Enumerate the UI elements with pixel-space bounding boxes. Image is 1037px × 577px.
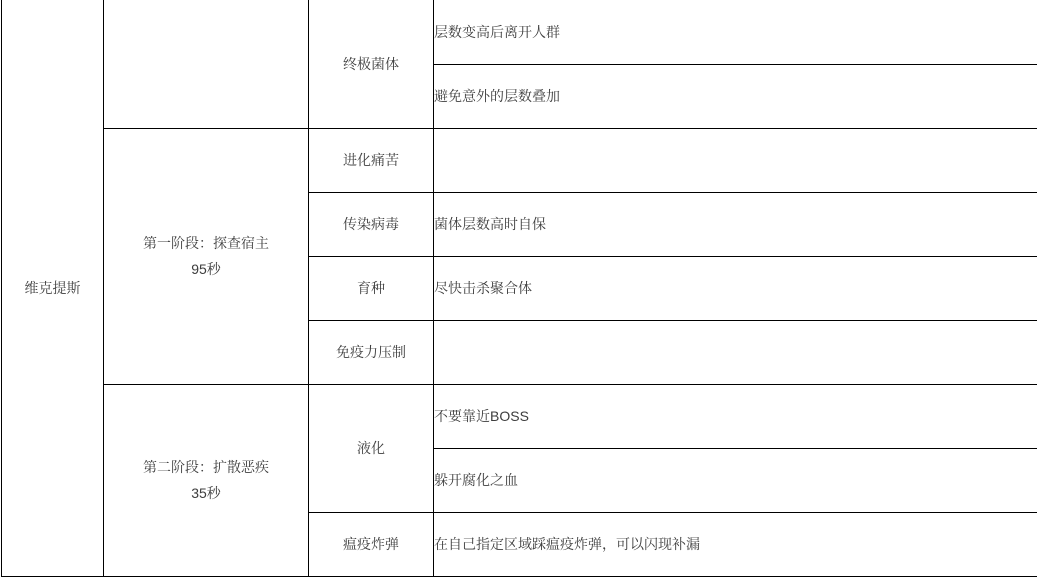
- note-cell: 避免意外的层数叠加: [434, 64, 1037, 128]
- ability-cell-evolving-affliction: 进化痛苦: [309, 128, 434, 192]
- phase1-title: 第一阶段：探查宿主: [104, 230, 308, 256]
- phase-cell-phase1: 第一阶段：探查宿主 95秒: [104, 128, 309, 384]
- note-cell: 尽快击杀聚合体: [434, 256, 1037, 320]
- note-cell: 菌体层数高时自保: [434, 192, 1037, 256]
- phase1-duration: 95秒: [104, 256, 308, 282]
- note-cell: [434, 128, 1037, 192]
- note-cell: 层数变高后离开人群: [434, 0, 1037, 64]
- ability-cell-plague-bomb: 瘟疫炸弹: [309, 512, 434, 576]
- boss-name-cell: 维克提斯: [2, 0, 104, 576]
- phase2-duration: 35秒: [104, 480, 308, 506]
- ability-cell-ultimate-fungus: 终极菌体: [309, 0, 434, 128]
- note-cell: 躲开腐化之血: [434, 448, 1037, 512]
- boss-guide-table: 维克提斯 终极菌体 层数变高后离开人群 避免意外的层数叠加 第一阶段：探查宿主 …: [1, 0, 1037, 577]
- ability-cell-liquefy: 液化: [309, 384, 434, 512]
- phase-cell-cutoff: [104, 0, 309, 128]
- ability-cell-breeding: 育种: [309, 256, 434, 320]
- note-cell: [434, 320, 1037, 384]
- boss-guide-sheet: 维克提斯 终极菌体 层数变高后离开人群 避免意外的层数叠加 第一阶段：探查宿主 …: [0, 0, 1037, 577]
- note-cell: 在自己指定区域踩瘟疫炸弹，可以闪现补漏: [434, 512, 1037, 576]
- note-cell: 不要靠近BOSS: [434, 384, 1037, 448]
- ability-cell-contagion: 传染病毒: [309, 192, 434, 256]
- phase2-title: 第二阶段：扩散恶疾: [104, 454, 308, 480]
- phase-cell-phase2: 第二阶段：扩散恶疾 35秒: [104, 384, 309, 576]
- ability-cell-immunosuppression: 免疫力压制: [309, 320, 434, 384]
